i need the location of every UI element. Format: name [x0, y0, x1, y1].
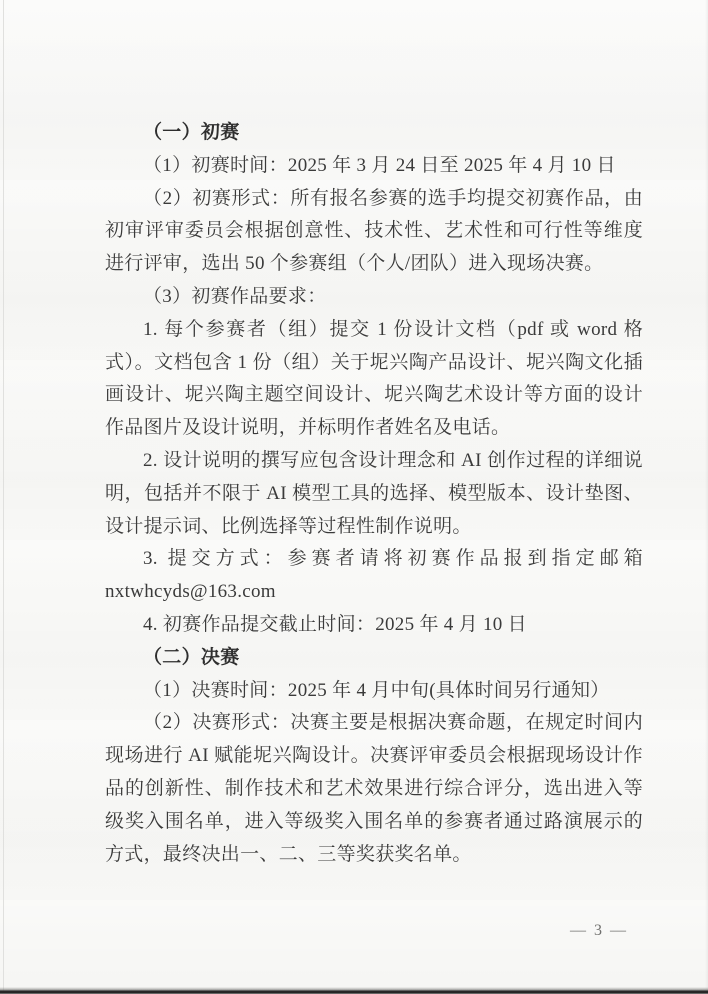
scanned-document-page: （一）初赛 （1）初赛时间：2025 年 3 月 24 日至 2025 年 4 …: [0, 0, 708, 994]
paragraph-preliminary-requirements-title: （3）初赛作品要求：: [105, 281, 643, 314]
scan-left-edge-line: [3, 0, 4, 994]
scan-bottom-edge-line: [0, 987, 708, 994]
document-body: （一）初赛 （1）初赛时间：2025 年 3 月 24 日至 2025 年 4 …: [105, 117, 643, 871]
paragraph-final-time: （1）决赛时间：2025 年 4 月中旬(具体时间另行通知）: [105, 675, 643, 708]
paragraph-preliminary-format: （2）初赛形式：所有报名参赛的选手均提交初赛作品，由初审评审委员会根据创意性、技…: [105, 183, 643, 281]
paragraph-final-format: （2）决赛形式：决赛主要是根据决赛命题，在规定时间内现场进行 AI 赋能坭兴陶设…: [105, 707, 643, 871]
paragraph-requirement-2: 2. 设计说明的撰写应包含设计理念和 AI 创作过程的详细说明，包括并不限于 A…: [105, 445, 643, 543]
section-heading-preliminary-round: （一）初赛: [105, 117, 643, 150]
paragraph-preliminary-time: （1）初赛时间：2025 年 3 月 24 日至 2025 年 4 月 10 日: [105, 150, 643, 183]
paragraph-requirement-1: 1. 每个参赛者（组）提交 1 份设计文档（pdf 或 word 格式）。文档包…: [105, 314, 643, 445]
page-number: — 3 —: [570, 922, 628, 940]
section-heading-final-round: （二）决赛: [105, 642, 643, 675]
paragraph-requirement-4-deadline: 4. 初赛作品提交截止时间：2025 年 4 月 10 日: [105, 609, 643, 642]
paragraph-requirement-3-submission-email: 3. 提交方式：参赛者请将初赛作品报到指定邮箱nxtwhcyds@163.com: [105, 543, 643, 609]
